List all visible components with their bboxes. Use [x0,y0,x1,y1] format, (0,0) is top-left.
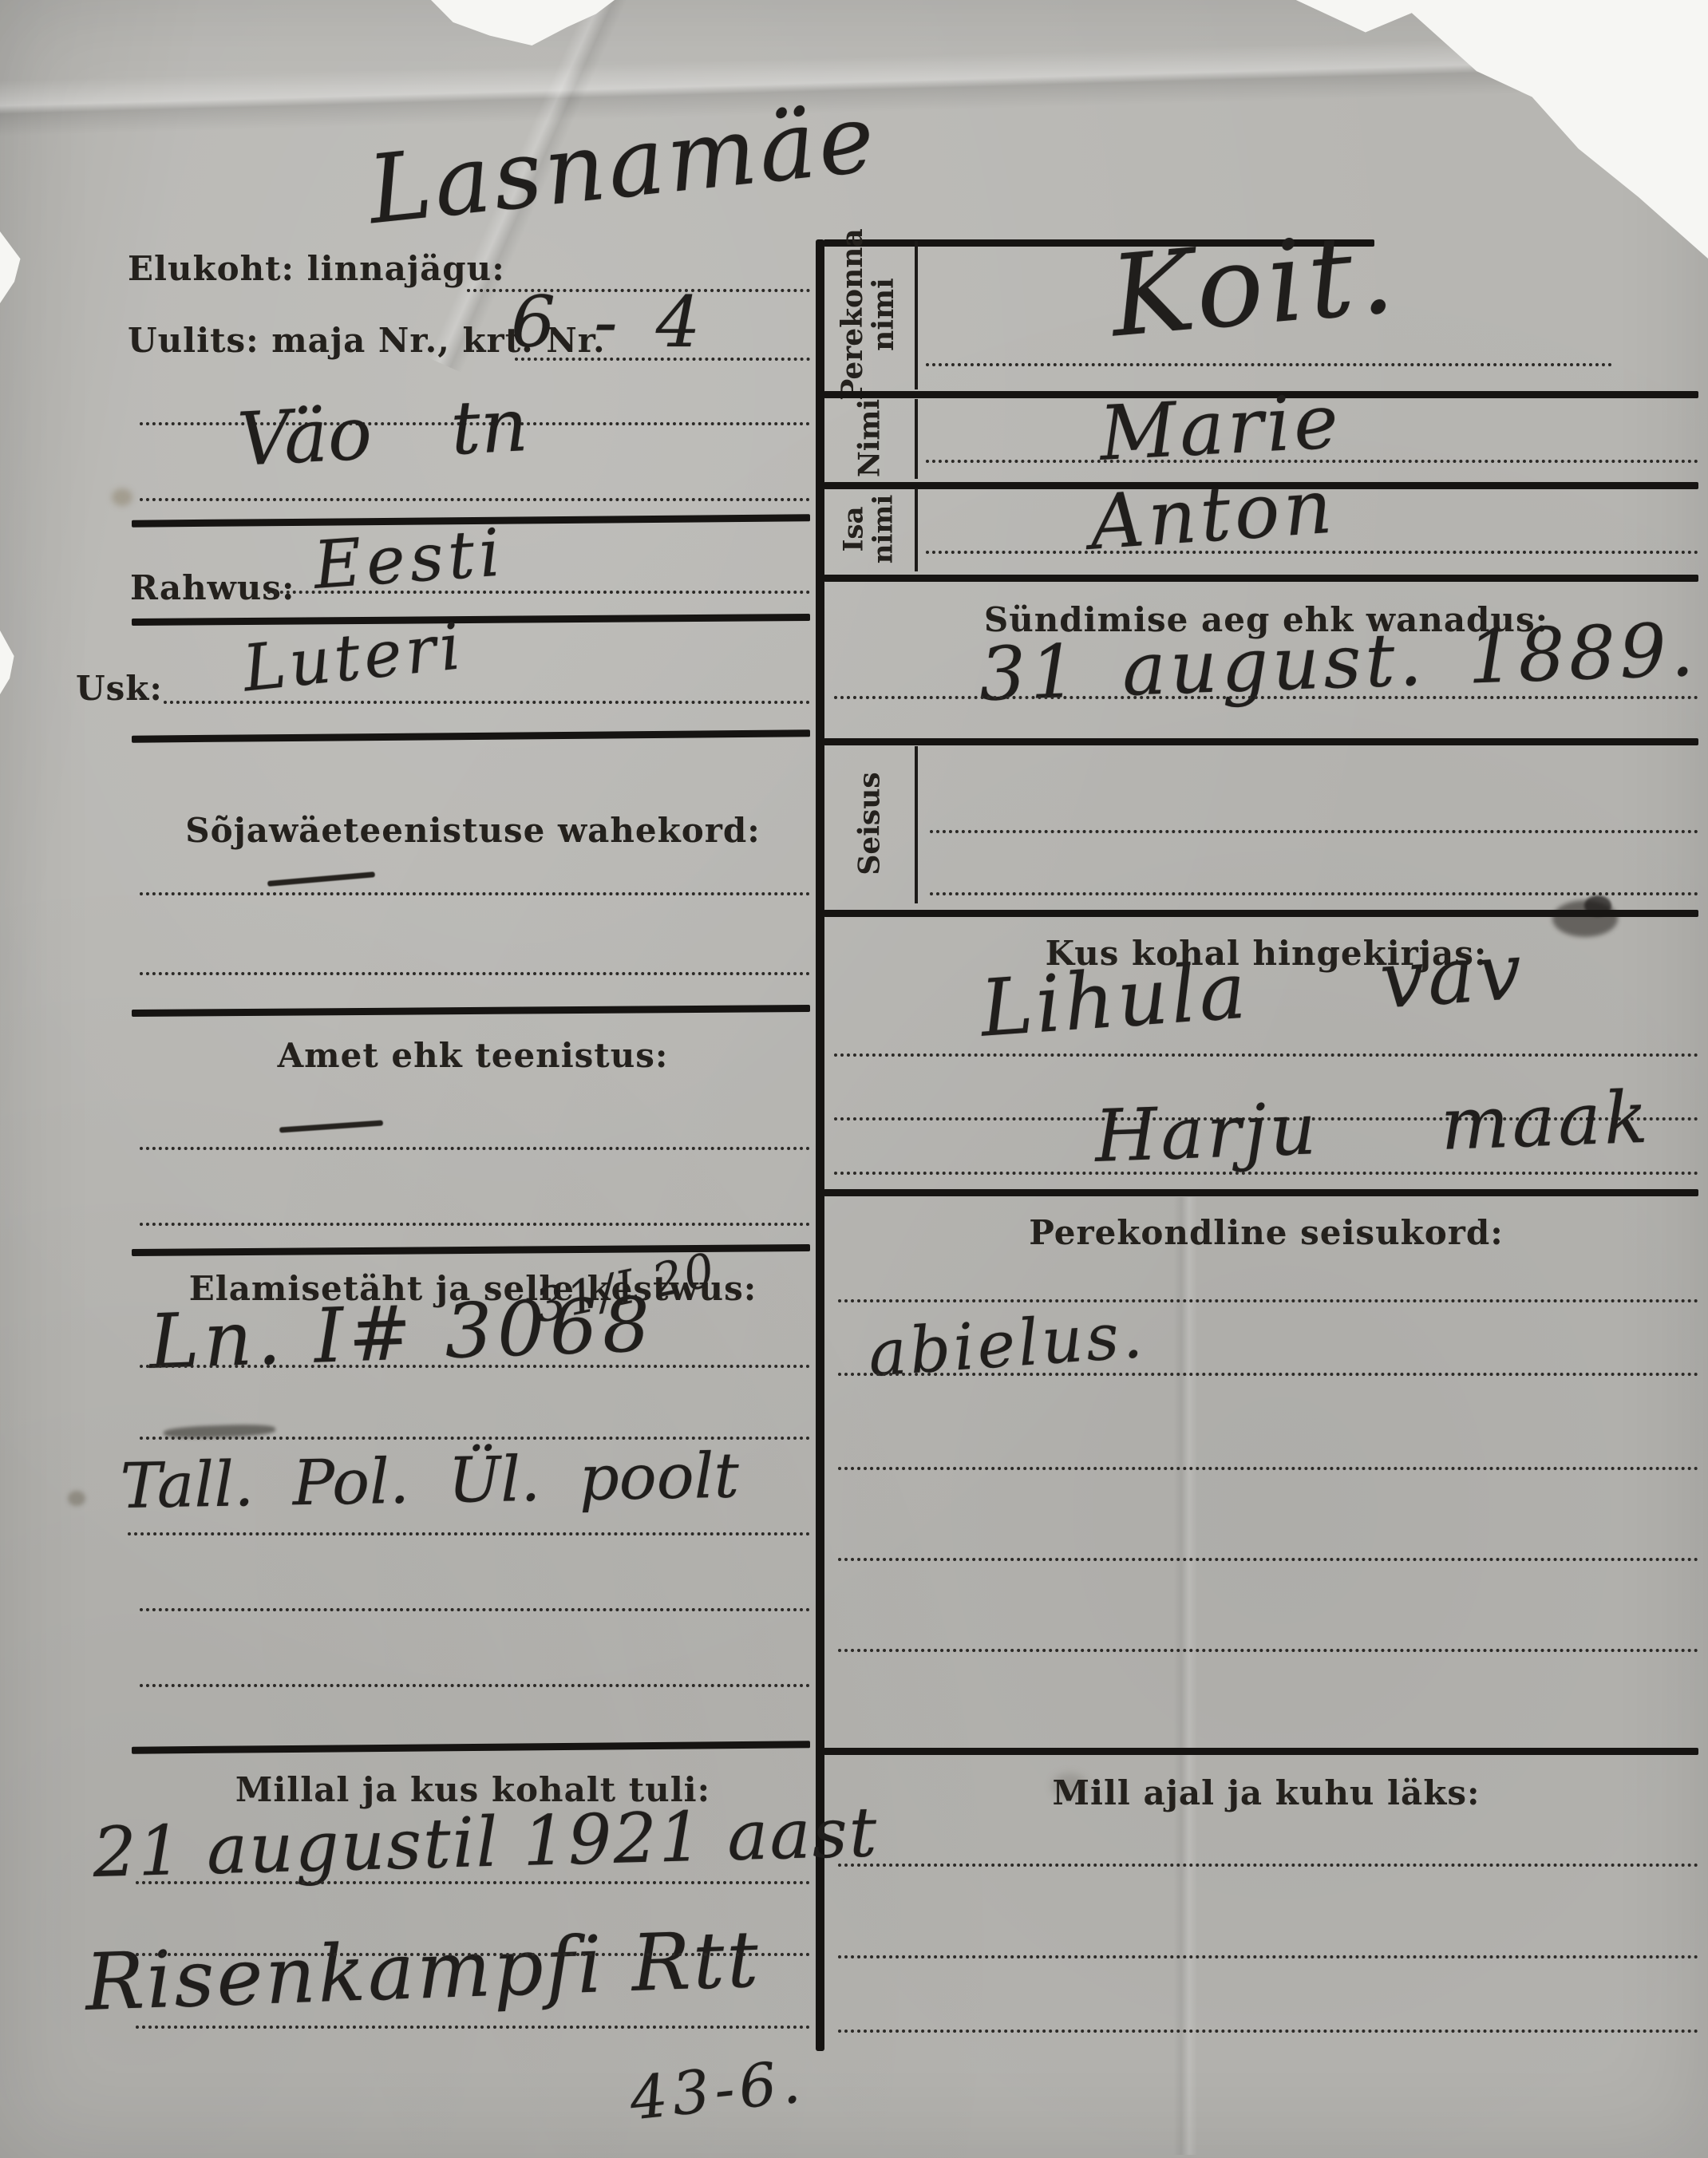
occupation-label: Amet ehk teenistus: [136,1036,810,1075]
stain [68,1491,85,1506]
dotted-line [136,1881,810,1884]
label-rule [915,488,918,571]
label-rule [915,241,918,389]
first-name-value: Marie [1097,378,1343,478]
military-label: Sõjawäeteenistuse wahekord: [136,811,810,850]
dotted-line [838,1299,1698,1302]
nationality-label: Rahwus: [130,568,295,607]
arrival-street: Risenkampfi Rtt [84,1914,762,2028]
dotted-line [140,892,810,895]
dotted-line [140,498,810,501]
register-county: Harju maak [1093,1076,1652,1179]
dotted-line [128,1532,810,1535]
row-border [824,1748,1698,1755]
marital-value: abielus. [866,1298,1148,1391]
residence-label: Elukoht: linnajägu: [128,249,505,288]
residence-value: Lasnamäe [363,82,883,245]
torn-edge-left [0,231,24,303]
section-divider [132,1741,810,1753]
scanned-registration-card: Elukoht: linnajägu: Lasnamäe Uulits: maj… [0,0,1708,2158]
label-rule [915,746,918,903]
stain [112,488,132,506]
arrival-house-numbers: 43-6. [627,2047,809,2134]
dotted-line [834,1053,1698,1057]
torn-edge-top [431,0,615,49]
dotted-line [140,1684,810,1687]
dotted-line [136,2026,810,2029]
departure-label: Mill ajal ja kuhu läks: [834,1773,1698,1812]
dotted-line [515,358,810,361]
dotted-line [838,1864,1698,1867]
row-border [824,1189,1698,1196]
crease-line [1173,1197,1197,2155]
pen-dash [279,1120,383,1132]
dotted-line [140,1437,810,1440]
dotted-line [838,1955,1698,1958]
dotted-line [838,1373,1698,1376]
dotted-line [267,591,810,594]
dotted-line [140,1223,810,1226]
dotted-line [926,460,1698,463]
status-side-label: Seisus [855,772,886,875]
section-divider [132,729,810,742]
marital-label: Perekondline seisukord: [834,1213,1698,1252]
dotted-line [930,892,1698,895]
dotted-line [930,830,1698,833]
religion-label: Usk: [76,669,163,708]
family-name-side-label: Perekonna nimi [837,215,899,414]
dotted-line [140,1608,810,1611]
first-name-side-label: Nimi [855,399,886,477]
dotted-line [838,1558,1698,1561]
section-divider [132,614,810,626]
dotted-line [926,551,1698,554]
street-numbers: 6 - 4 [511,281,709,363]
row-border [824,575,1698,582]
dotted-line [838,2030,1698,2033]
permit-issuer: Tall. Pol. Ül. poolt [120,1440,740,1523]
torn-edge-left [0,630,18,694]
dotted-line [140,1147,810,1150]
label-rule [915,399,918,479]
dotted-line [136,1953,810,1956]
dotted-line [140,1365,810,1368]
dotted-line [838,1467,1698,1470]
dotted-line [838,1649,1698,1652]
father-name-side-label: Isa nimi [839,477,897,581]
dotted-line [164,701,810,704]
street-name-value: Väo tn [235,382,530,483]
family-name-value: Koit. [1105,208,1403,363]
column-divider [816,239,824,2051]
dotted-line [926,363,1612,366]
row-border [824,910,1698,917]
section-divider [132,1005,810,1017]
row-border [824,738,1698,745]
dotted-line [140,972,810,975]
pen-dash [267,871,375,887]
dotted-line [834,1172,1698,1175]
dotted-line [834,696,1698,699]
